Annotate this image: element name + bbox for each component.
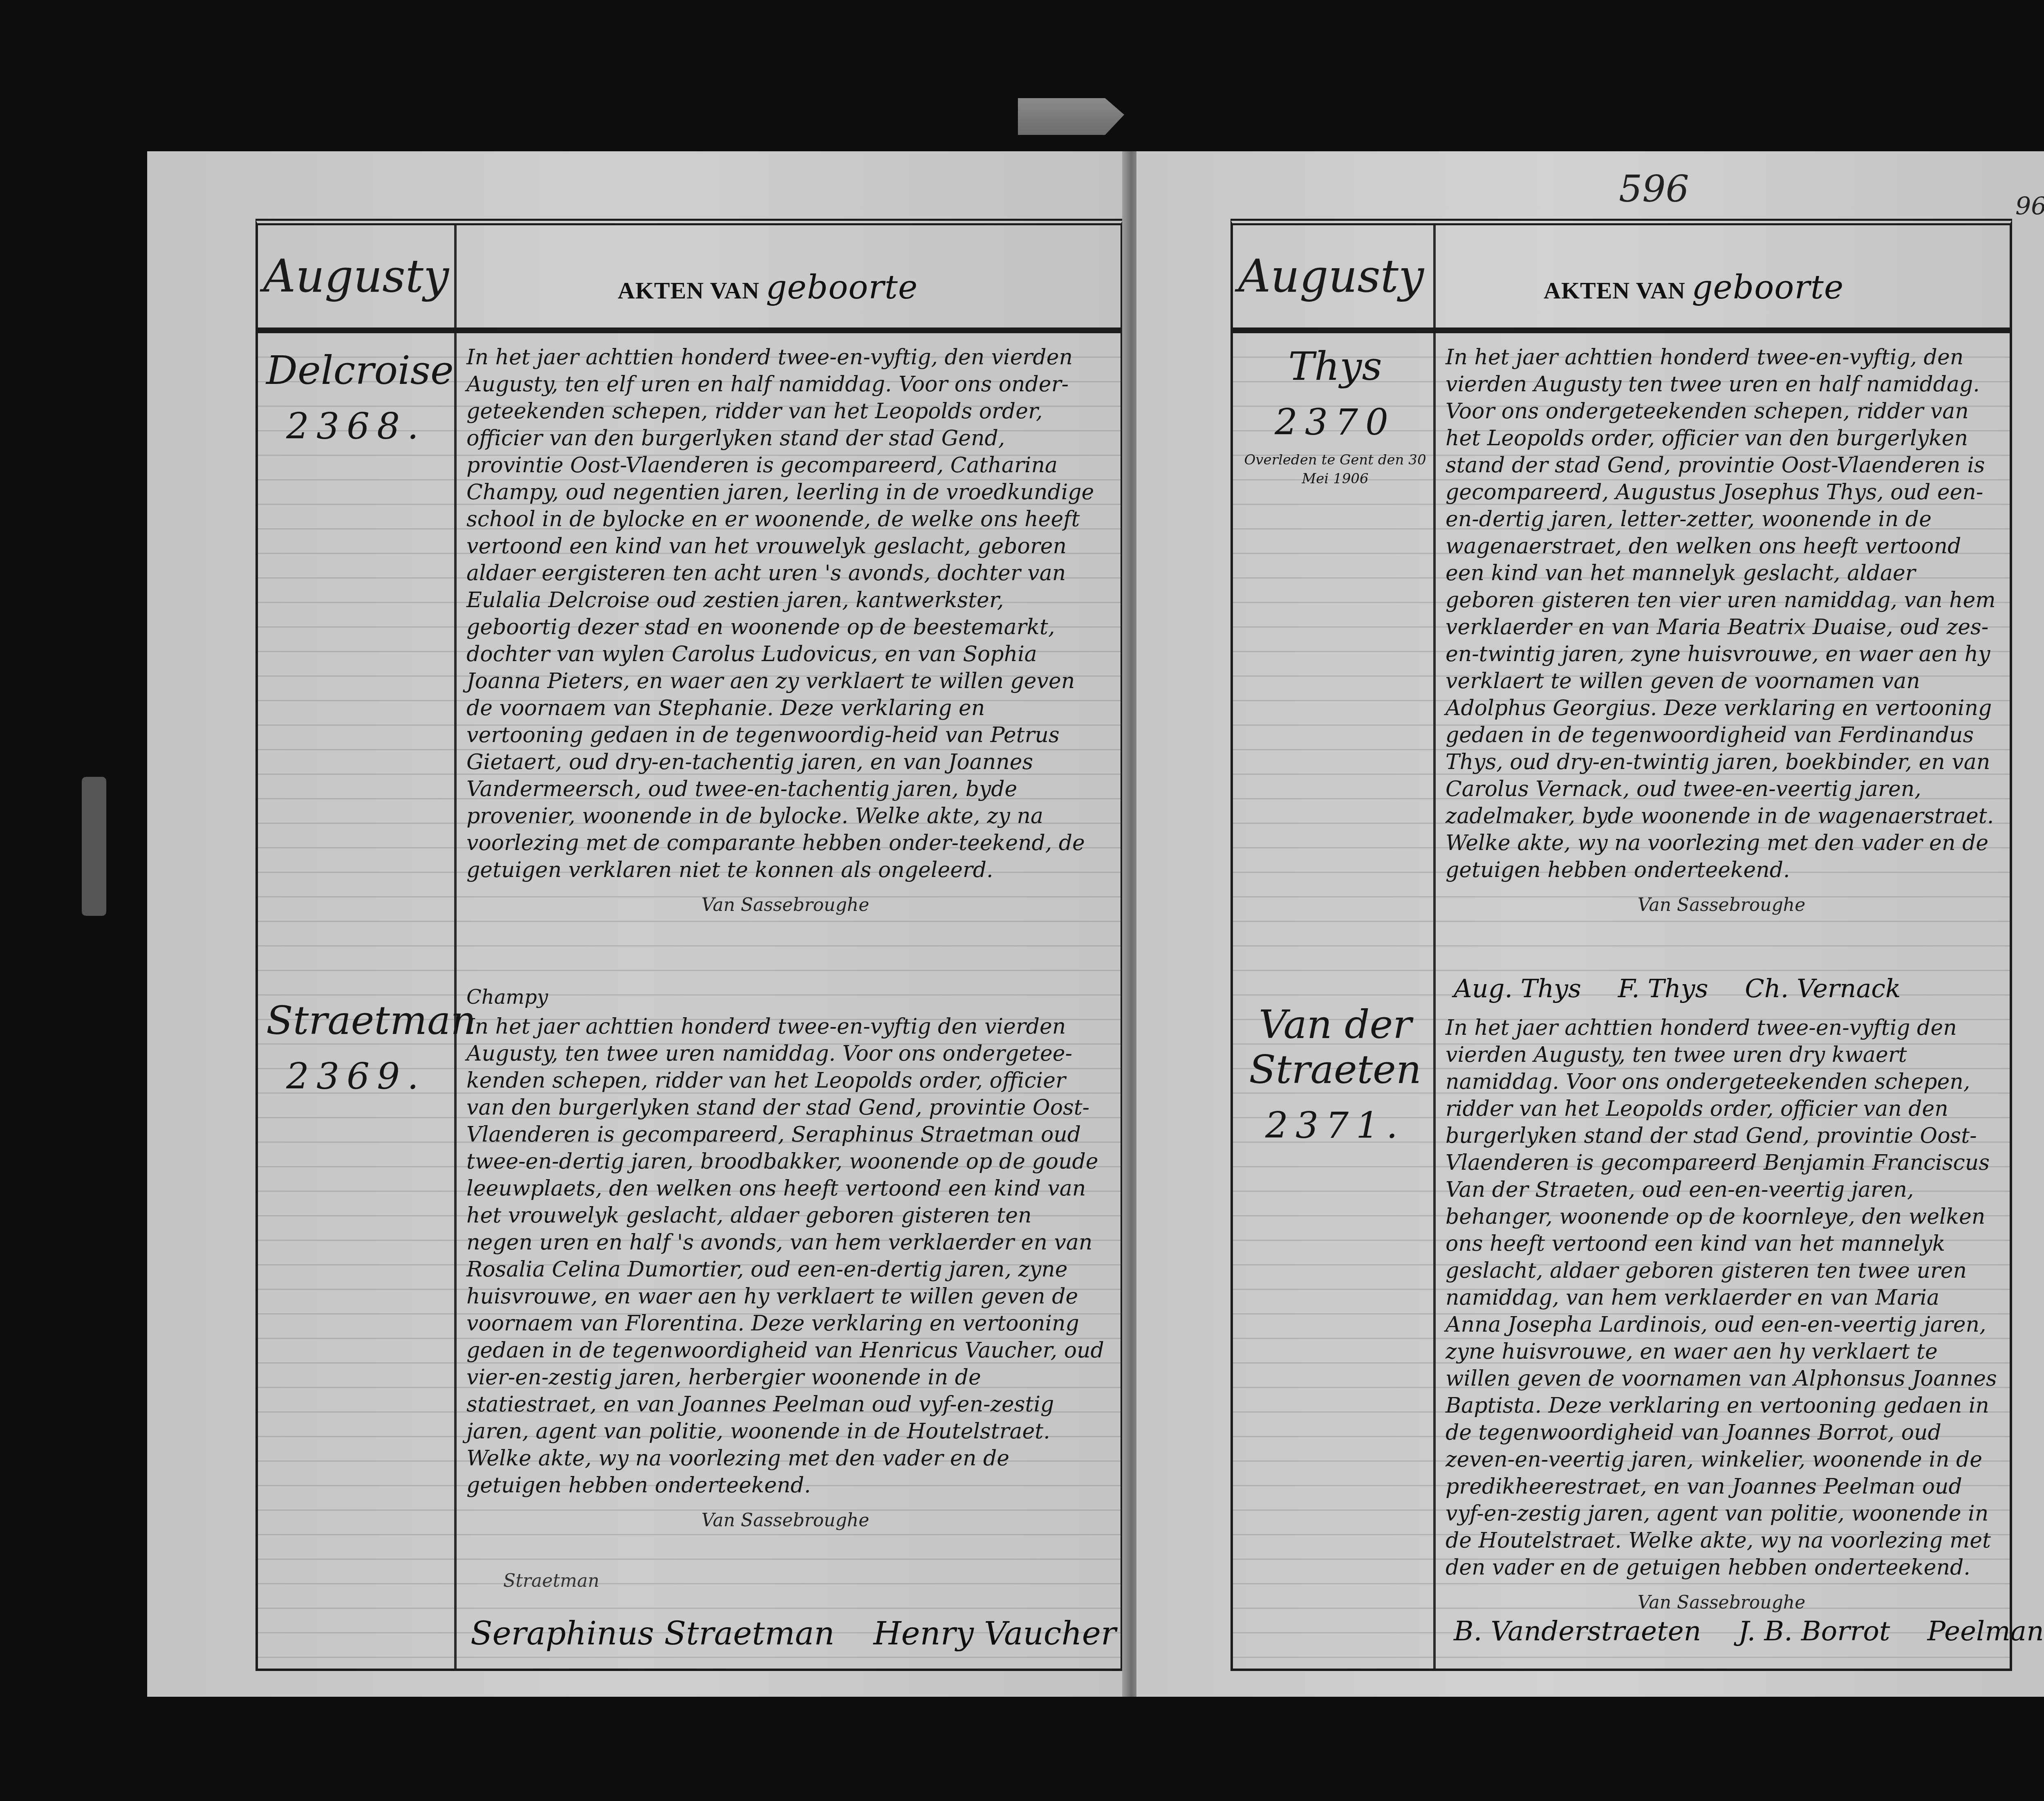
entry-number: 2369. bbox=[266, 1055, 446, 1097]
signature: B. Vanderstraeten bbox=[1454, 1615, 1701, 1647]
month-heading: Augusty bbox=[258, 250, 454, 302]
entry-surname: Thys bbox=[1241, 344, 1429, 389]
clerk-signature: Van Sassebroughe bbox=[1446, 892, 1997, 919]
left-page: Augusty AKTEN VAN geboorte Delcroise 236… bbox=[147, 151, 1128, 1697]
signature: J. B. Borrot bbox=[1738, 1615, 1890, 1647]
witness-signatures: Aug. Thys F. Thys Ch. Vernack bbox=[1454, 973, 1930, 1003]
death-annotation: Overleden te Gent den 30 Mei 1906 bbox=[1241, 451, 1429, 488]
printed-title: AKTEN VAN bbox=[618, 277, 760, 304]
section-title: AKTEN VAN geboorte bbox=[618, 268, 918, 306]
month-heading: Augusty bbox=[1233, 250, 1429, 302]
section-title: AKTEN VAN geboorte bbox=[1544, 268, 1844, 306]
signature: F. Thys bbox=[1618, 973, 1708, 1003]
left-ledger-table: Augusty AKTEN VAN geboorte Delcroise 236… bbox=[255, 219, 1123, 1671]
open-register-book: Augusty AKTEN VAN geboorte Delcroise 236… bbox=[147, 151, 2044, 1697]
entry-number: 2371. bbox=[1241, 1104, 1429, 1146]
entry-text: In het jaer achttien honderd twee-en-vyf… bbox=[1446, 1014, 1997, 1581]
entry-text: In het jaer achttien honderd twee-en-vyf… bbox=[1446, 344, 1997, 884]
page-number: 596 bbox=[1619, 168, 1689, 211]
entry-text: In het jaer achttien honderd twee-en-vyf… bbox=[466, 1013, 1104, 1499]
right-header-row: Augusty AKTEN VAN geboorte bbox=[1233, 225, 2010, 333]
clerk-signature: Van Sassebroughe bbox=[1446, 1589, 1997, 1616]
witness-signatures: Seraphinus Straetman Henry Vaucher bbox=[471, 1615, 1145, 1652]
archival-tab-marker bbox=[1018, 98, 1124, 135]
entry-body-2370: In het jaer achttien honderd twee-en-vyf… bbox=[1446, 344, 1997, 919]
entry-body-2371: In het jaer achttien honderd twee-en-vyf… bbox=[1446, 1014, 1997, 1616]
entry-number: 2370 bbox=[1241, 401, 1429, 443]
entry-text: In het jaer achttien honderd twee-en-vyf… bbox=[466, 344, 1104, 884]
printed-title: AKTEN VAN bbox=[1544, 277, 1685, 304]
entry-annotation: Champy bbox=[466, 984, 1104, 1011]
entry-margin-2371: Van der Straeten 2371. bbox=[1241, 1002, 1429, 1146]
entry-number: 2368. bbox=[266, 405, 446, 447]
entry-body-2369: Champy In het jaer achttien honderd twee… bbox=[466, 984, 1104, 1534]
entry-margin-2370: Thys 2370 Overleden te Gent den 30 Mei 1… bbox=[1241, 344, 1429, 488]
right-ledger-table: Augusty AKTEN VAN geboorte Thys 2370 Ove… bbox=[1230, 219, 2012, 1671]
entry-surname: Van der Straeten bbox=[1241, 1002, 1429, 1092]
clerk-signature: Van Sassebroughe bbox=[466, 1507, 1104, 1534]
column-separator bbox=[1433, 225, 1436, 1669]
left-book-clamp bbox=[82, 777, 106, 916]
entry-body-2368: In het jaer achttien honderd twee-en-vyf… bbox=[466, 344, 1104, 919]
signature: Seraphinus Straetman bbox=[471, 1615, 835, 1652]
right-page: 596 96 Augusty AKTEN VAN geboorte Thys 2… bbox=[1136, 151, 2044, 1697]
entry-surname: Straetman bbox=[266, 998, 446, 1043]
written-title: geboorte bbox=[1692, 268, 1844, 306]
column-separator bbox=[454, 225, 457, 1669]
entry-margin-2369: Straetman 2369. bbox=[266, 998, 446, 1097]
left-header-row: Augusty AKTEN VAN geboorte bbox=[258, 225, 1121, 333]
clerk-signature: Van Sassebroughe bbox=[466, 892, 1104, 919]
entry-margin-2368: Delcroise 2368. bbox=[266, 348, 446, 447]
signature: Henry Vaucher bbox=[873, 1615, 1116, 1652]
signature: Ch. Vernack bbox=[1745, 973, 1901, 1003]
folio-number: 96 bbox=[2015, 192, 2044, 221]
mother-signature: Straetman bbox=[503, 1570, 599, 1591]
signature: Peelman bbox=[1927, 1615, 2044, 1647]
signature: Aug. Thys bbox=[1454, 973, 1581, 1003]
entry-surname: Delcroise bbox=[266, 348, 446, 393]
written-title: geboorte bbox=[766, 268, 918, 306]
witness-signatures: B. Vanderstraeten J. B. Borrot Peelman bbox=[1454, 1615, 2044, 1647]
